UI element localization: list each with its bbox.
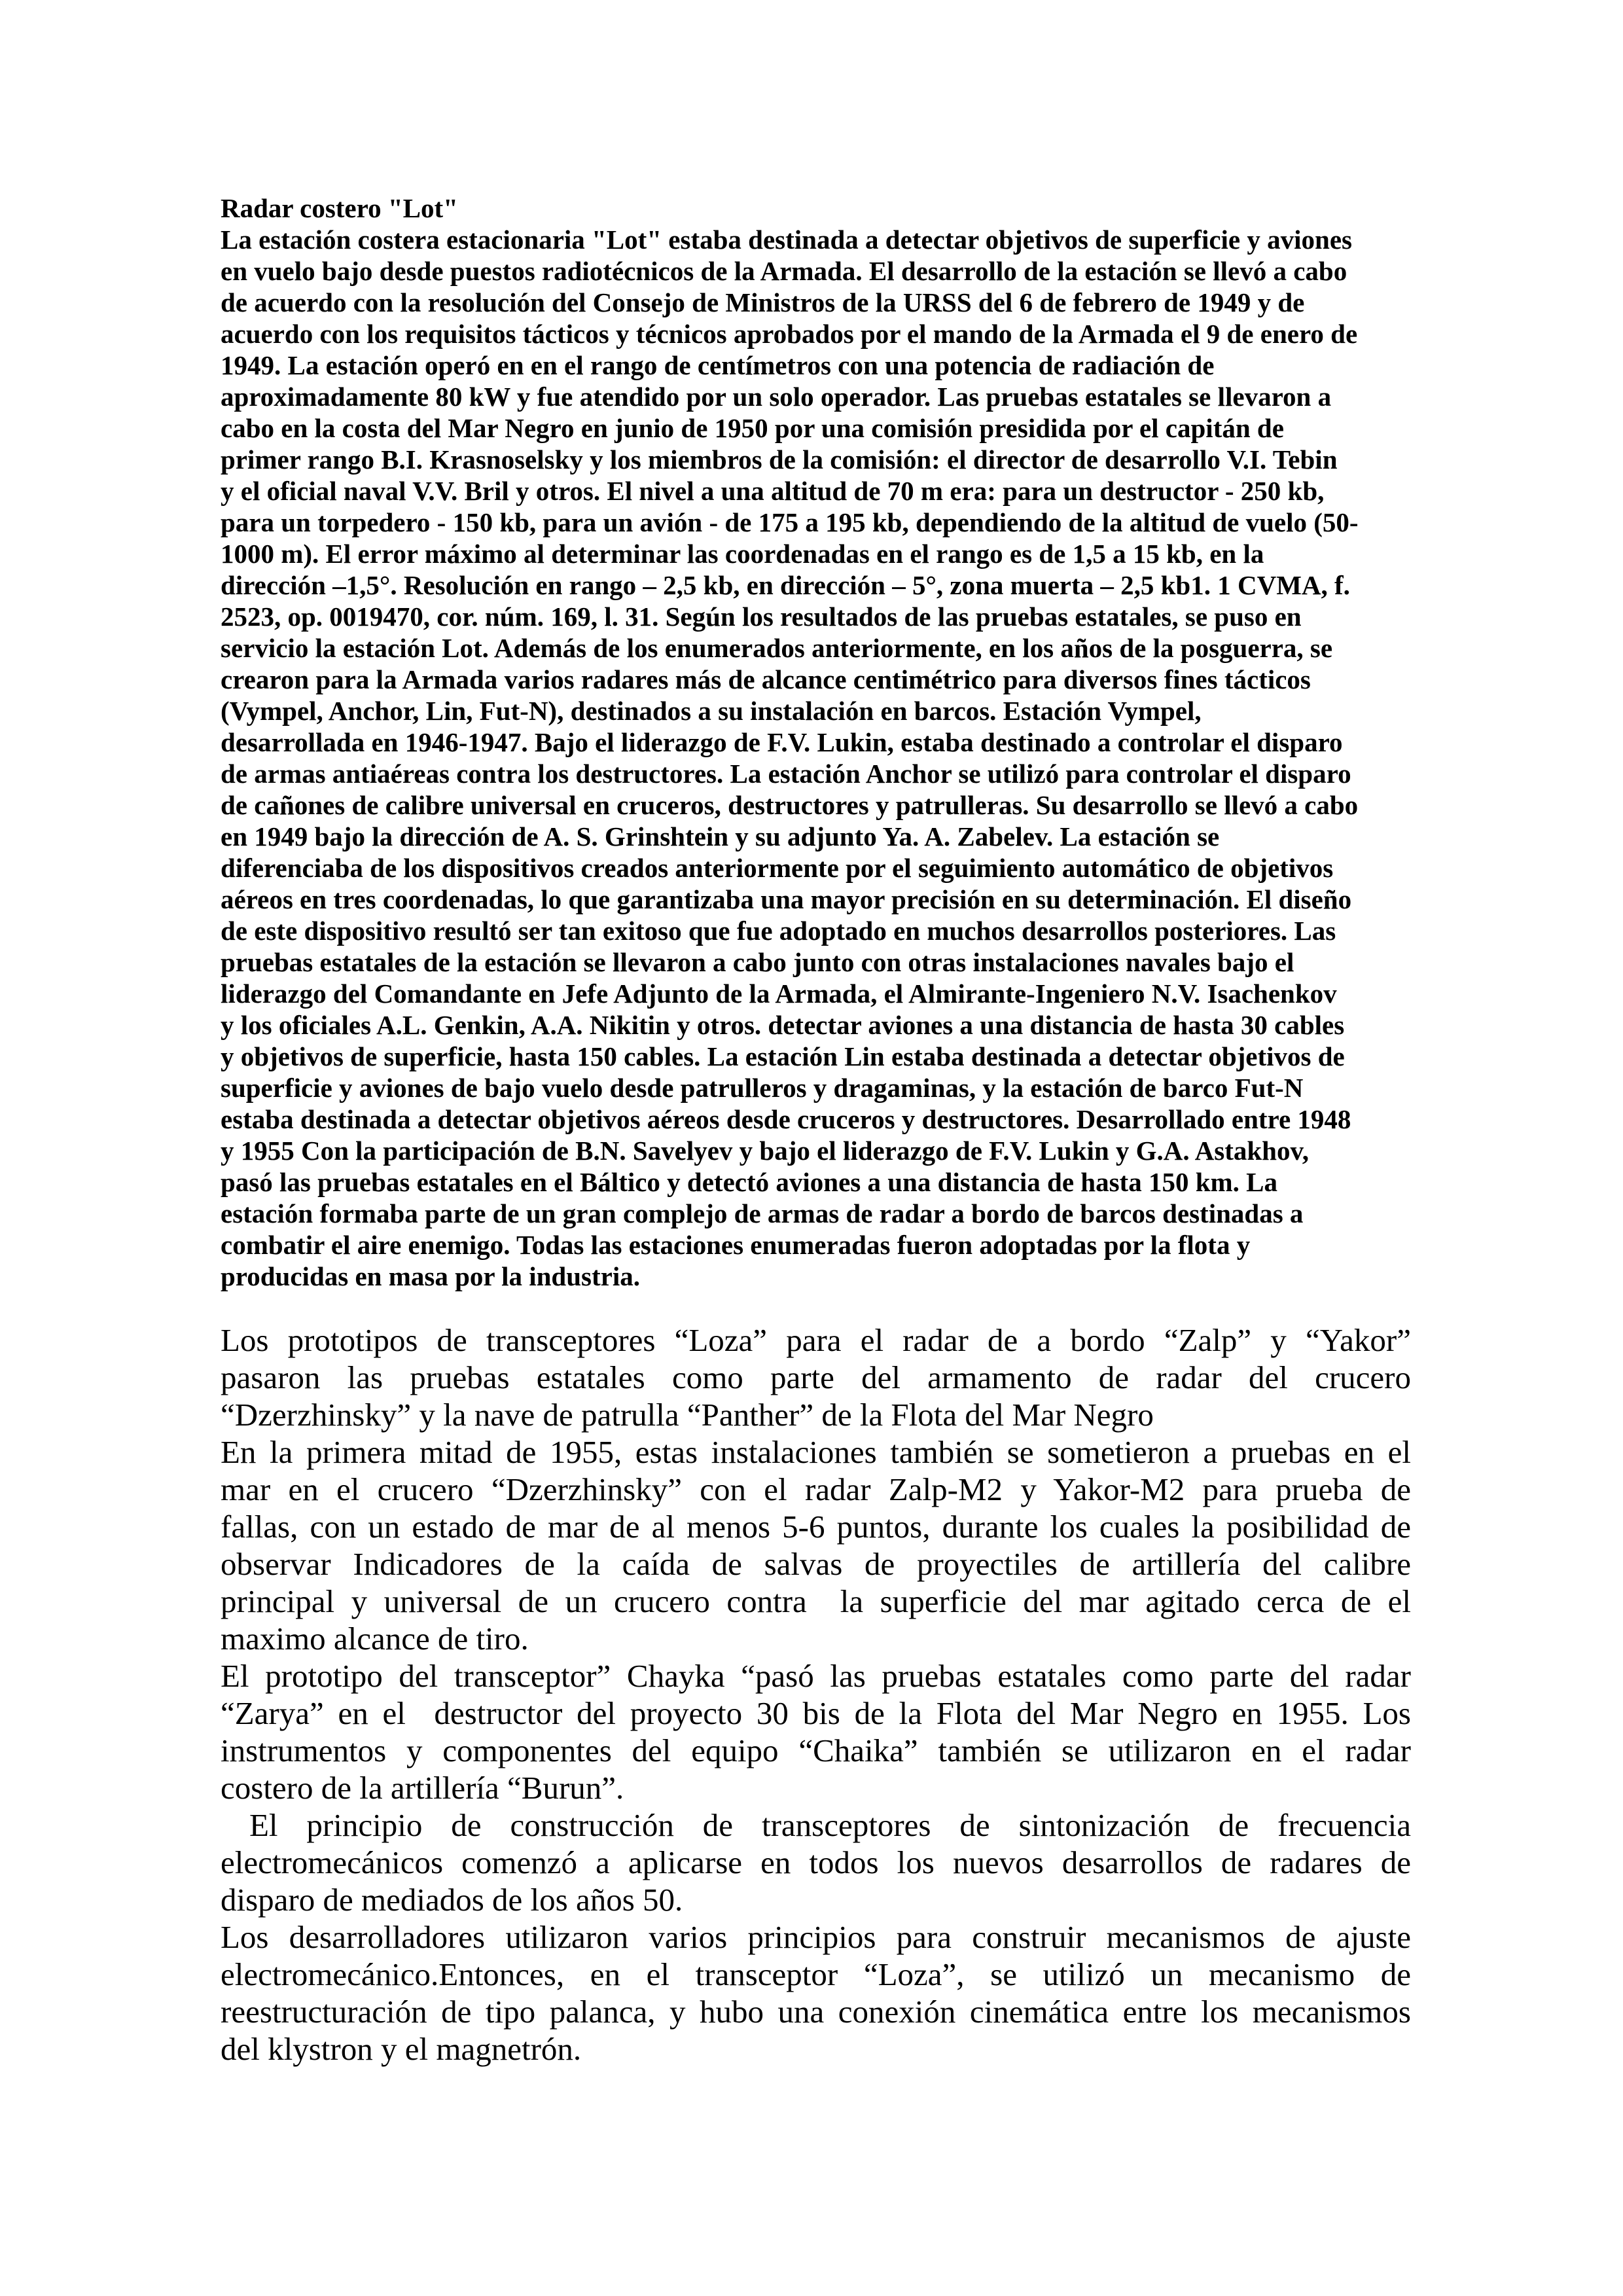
text-line: 1000 m). El error máximo al determinar l…: [221, 538, 1411, 569]
text-line: “Zarya” en el destructor del proyecto 30…: [221, 1695, 1411, 1732]
text-line: acuerdo con los requisitos tácticos y té…: [221, 318, 1411, 350]
text-line: fallas, con un estado de mar de al menos…: [221, 1508, 1411, 1545]
text-line: estaba destinada a detectar objetivos aé…: [221, 1103, 1411, 1135]
text-line: costero de la artillería “Burun”.: [221, 1769, 1411, 1806]
text-line: estación formaba parte de un gran comple…: [221, 1198, 1411, 1229]
text-line: desarrollada en 1946-1947. Bajo el lider…: [221, 726, 1411, 758]
text-line: de armas antiaéreas contra los destructo…: [221, 758, 1411, 789]
text-line: y los oficiales A.L. Genkin, A.A. Nikiti…: [221, 1009, 1411, 1041]
text-line: crearon para la Armada varios radares má…: [221, 664, 1411, 695]
text-line: para un torpedero - 150 kb, para un avió…: [221, 507, 1411, 538]
text-line: reestructuración de tipo palanca, y hubo…: [221, 1993, 1411, 2030]
text-line: servicio la estación Lot. Además de los …: [221, 632, 1411, 664]
text-line: “Dzerzhinsky” y la nave de patrulla “Pan…: [221, 1396, 1411, 1433]
text-line: de este dispositivo resultó ser tan exit…: [221, 915, 1411, 946]
text-line: primer rango B.I. Krasnoselsky y los mie…: [221, 444, 1411, 475]
text-line: de cañones de calibre universal en cruce…: [221, 789, 1411, 821]
text-line: Los prototipos de transceptores “Loza” p…: [221, 1321, 1411, 1359]
text-line: combatir el aire enemigo. Todas las esta…: [221, 1229, 1411, 1261]
text-line: en vuelo bajo desde puestos radiotécnico…: [221, 255, 1411, 287]
text-line: electromecánico.Entonces, en el transcep…: [221, 1956, 1411, 1993]
text-line: La estación costera estacionaria "Lot" e…: [221, 224, 1411, 255]
paragraph: El principio de construcción de transcep…: [221, 1806, 1411, 1918]
text-line: aproximadamente 80 kW y fue atendido por…: [221, 381, 1411, 412]
paragraph: El prototipo del transceptor” Chayka “pa…: [221, 1657, 1411, 1806]
paragraph: Los desarrolladores utilizaron varios pr…: [221, 1918, 1411, 2068]
text-line: cabo en la costa del Mar Negro en junio …: [221, 412, 1411, 444]
paragraph: La estación costera estacionaria "Lot" e…: [221, 224, 1411, 1292]
text-line: de acuerdo con la resolución del Consejo…: [221, 287, 1411, 318]
regular-block: Los prototipos de transceptores “Loza” p…: [221, 1321, 1411, 2068]
text-line: principal y universal de un crucero cont…: [221, 1583, 1411, 1620]
text-line: El principio de construcción de transcep…: [221, 1806, 1411, 1844]
text-line: y el oficial naval V.V. Bril y otros. El…: [221, 475, 1411, 507]
text-line: diferenciaba de los dispositivos creados…: [221, 852, 1411, 884]
bold-block: Radar costero "Lot"La estación costera e…: [221, 192, 1411, 1292]
text-line: electromecánicos comenzó a aplicarse en …: [221, 1844, 1411, 1881]
text-line: Los desarrolladores utilizaron varios pr…: [221, 1918, 1411, 1956]
paragraph: En la primera mitad de 1955, estas insta…: [221, 1433, 1411, 1657]
text-line: en 1949 bajo la dirección de A. S. Grins…: [221, 821, 1411, 852]
text-line: El prototipo del transceptor” Chayka “pa…: [221, 1657, 1411, 1695]
text-line: y objetivos de superficie, hasta 150 cab…: [221, 1041, 1411, 1072]
text-line: y 1955 Con la participación de B.N. Save…: [221, 1135, 1411, 1166]
text-line: maximo alcance de tiro.: [221, 1620, 1411, 1657]
text-line: liderazgo del Comandante en Jefe Adjunto…: [221, 978, 1411, 1009]
text-line: En la primera mitad de 1955, estas insta…: [221, 1433, 1411, 1471]
text-line: pruebas estatales de la estación se llev…: [221, 946, 1411, 978]
text-line: mar en el crucero “Dzerzhinsky” con el r…: [221, 1471, 1411, 1508]
text-line: instrumentos y componentes del equipo “C…: [221, 1732, 1411, 1769]
text-line: 1949. La estación operó en en el rango d…: [221, 350, 1411, 381]
text-line: observar Indicadores de la caída de salv…: [221, 1545, 1411, 1583]
text-line: 2523, op. 0019470, cor. núm. 169, l. 31.…: [221, 601, 1411, 632]
paragraph: Radar costero "Lot": [221, 192, 1411, 224]
text-line: del klystron y el magnetrón.: [221, 2030, 1411, 2068]
text-line: Radar costero "Lot": [221, 192, 1411, 224]
text-line: aéreos en tres coordenadas, lo que garan…: [221, 884, 1411, 915]
paragraph: Los prototipos de transceptores “Loza” p…: [221, 1321, 1411, 1433]
text-line: pasaron las pruebas estatales como parte…: [221, 1359, 1411, 1396]
document-page: Radar costero "Lot"La estación costera e…: [0, 0, 1623, 2296]
text-line: (Vympel, Anchor, Lin, Fut-N), destinados…: [221, 695, 1411, 726]
text-line: superficie y aviones de bajo vuelo desde…: [221, 1072, 1411, 1103]
text-line: disparo de mediados de los años 50.: [221, 1881, 1411, 1918]
text-line: producidas en masa por la industria.: [221, 1261, 1411, 1292]
text-line: dirección –1,5°. Resolución en rango – 2…: [221, 569, 1411, 601]
text-line: pasó las pruebas estatales en el Báltico…: [221, 1166, 1411, 1198]
